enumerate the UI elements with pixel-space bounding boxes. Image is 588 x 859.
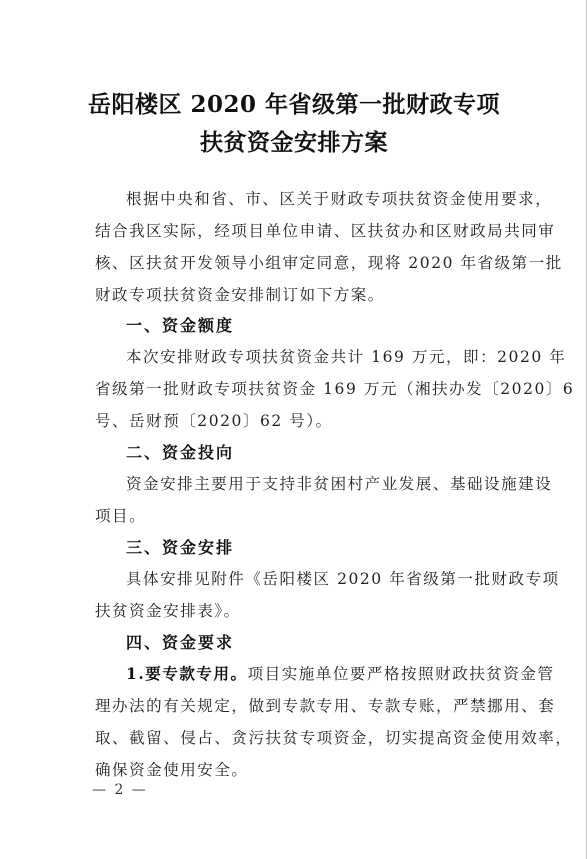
section-1-line-2: 省级第一批财政专项扶贫资金 169 万元（湘扶办发〔2020〕6	[95, 377, 574, 399]
section-3-line-1: 具体安排见附件《岳阳楼区 2020 年省级第一批财政专项	[126, 567, 560, 589]
section-2-line-1: 资金安排主要用于支持非贫困村产业发展、基础设施建设	[126, 472, 552, 494]
document-page: 岳阳楼区 2020 年省级第一批财政专项 扶贫资金安排方案 根据中央和省、市、区…	[0, 0, 588, 859]
section-4-item-1-line-3: 取、截留、侵占、贪污扶贫专项资金，切实提高资金使用效率，	[95, 726, 572, 748]
intro-line-1: 根据中央和省、市、区关于财政专项扶贫资金使用要求，	[126, 187, 552, 209]
page-number: — 2 —	[92, 782, 148, 798]
section-heading-funding-requirements: 四、资金要求	[126, 630, 234, 653]
section-4-item-1-line-1: 1.要专款专用。项目实施单位要严格按照财政扶贫资金管	[126, 662, 555, 684]
section-4-item-1-line-2: 理办法的有关规定，做到专款专用、专款专账，严禁挪用、套	[95, 694, 555, 716]
section-3-line-2: 扶贫资金安排表》。	[95, 599, 241, 621]
section-4-item-1-line-4: 确保资金使用安全。	[95, 758, 248, 780]
section-1-line-3: 号、岳财预〔2020〕62 号）。	[95, 409, 333, 431]
document-title-line-2: 扶贫资金安排方案	[0, 124, 588, 157]
section-1-line-1: 本次安排财政专项扶贫资金共计 169 万元，即：2020 年	[126, 345, 566, 367]
document-title-line-1: 岳阳楼区 2020 年省级第一批财政专项	[0, 86, 588, 119]
intro-line-4: 财政专项扶贫资金安排制订如下方案。	[95, 283, 385, 305]
section-heading-funding-arrangement: 三、资金安排	[126, 535, 234, 558]
item-1-lead-label: 1.要专款专用。	[126, 664, 248, 683]
intro-line-2: 结合我区实际，经项目单位申请、区扶贫办和区财政局共同审	[95, 219, 555, 241]
section-heading-funding-amount: 一、资金额度	[126, 313, 234, 336]
section-heading-funding-direction: 二、资金投向	[126, 440, 234, 463]
intro-line-3: 核、区扶贫开发领导小组审定同意，现将 2020 年省级第一批	[95, 251, 563, 273]
section-2-line-2: 项目。	[95, 504, 146, 526]
item-1-first-line-text: 项目实施单位要严格按照财政扶贫资金管	[248, 665, 555, 683]
